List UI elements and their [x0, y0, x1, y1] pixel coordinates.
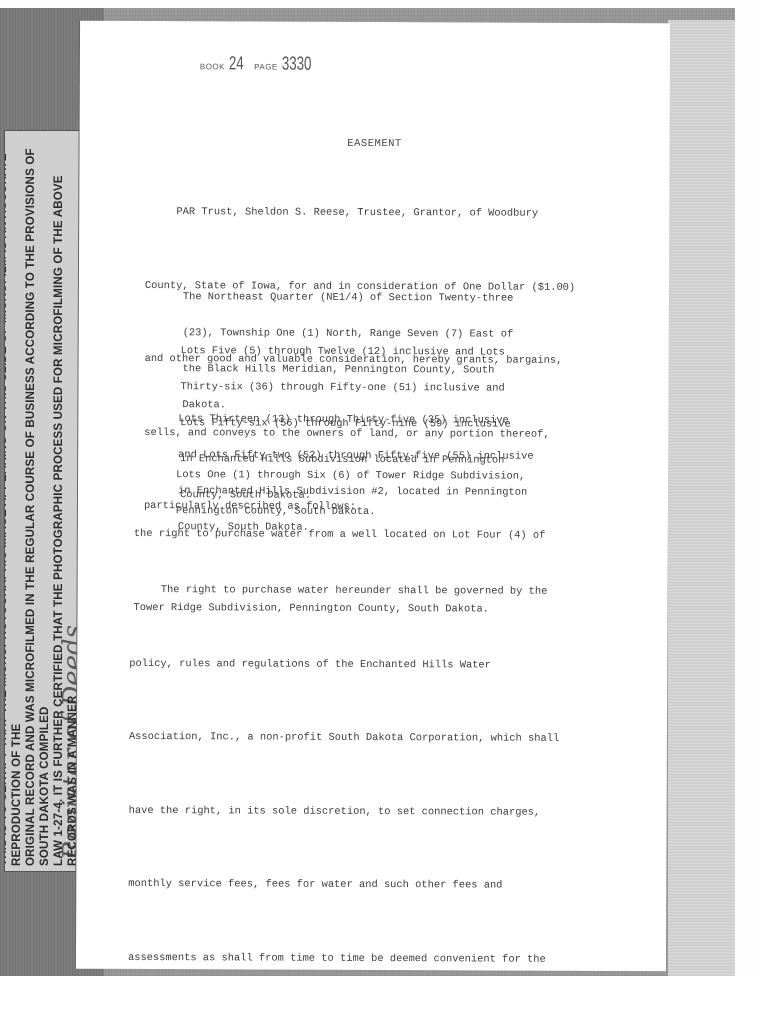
- page-label: PAGE: [254, 62, 278, 71]
- text-line: Lots Five (5) through Twelve (12) inclus…: [181, 345, 512, 358]
- text-line: Lots Thirteen (13) through Thirty-five (…: [178, 413, 533, 427]
- book-page-stamp: BOOK 24 PAGE 3330: [200, 53, 324, 76]
- certificate-line: THIS IS TO CERTIFY THAT THE MICROPHOTOGR…: [4, 136, 24, 866]
- certificate-line: ORIGINAL RECORD AND WAS MICROFILMED IN T…: [24, 136, 52, 866]
- scan-bottom-margin: [0, 976, 761, 1024]
- text-line: The right to purchase water hereunder sh…: [130, 578, 560, 604]
- document-title: EASEMENT: [80, 137, 670, 152]
- text-line: have the right, in its sole discretion, …: [129, 798, 559, 824]
- book-label: BOOK: [200, 62, 225, 71]
- terms-paragraph: The right to purchase water hereunder sh…: [128, 529, 560, 1021]
- text-line: monthly service fees, fees for water and…: [128, 872, 558, 898]
- page-number: 3330: [282, 54, 312, 76]
- text-line: policy, rules and regulations of the Enc…: [129, 651, 559, 677]
- text-line: The Northeast Quarter (NE1/4) of Section…: [183, 291, 514, 304]
- text-line: Association, Inc., a non-profit South Da…: [129, 725, 559, 751]
- text-line: PAR Trust, Sheldon S. Reese, Trustee, Gr…: [145, 200, 575, 226]
- text-line: assessments as shall from time to time b…: [128, 945, 558, 971]
- scan-edge-right: [668, 20, 735, 976]
- document-page: BOOK 24 PAGE 3330 EASEMENT PAR Trust, Sh…: [76, 21, 670, 972]
- book-number: 24: [229, 53, 244, 75]
